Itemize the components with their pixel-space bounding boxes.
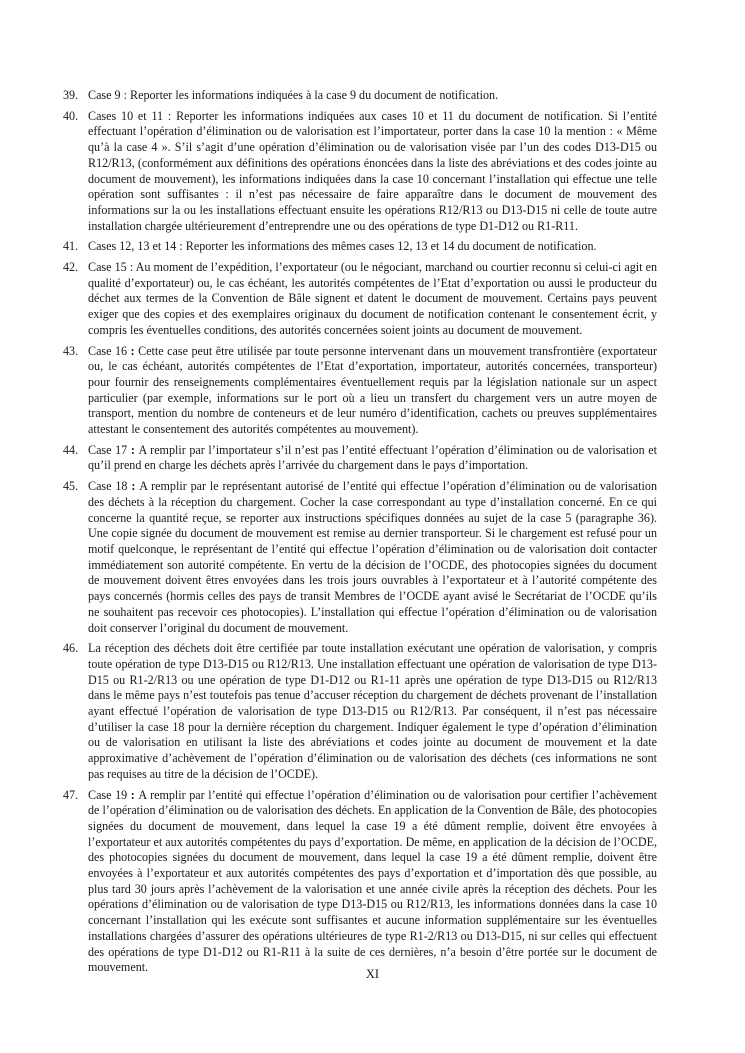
paragraph-text: Reporter les informations des mêmes case… bbox=[186, 239, 597, 253]
instructions-list: 39.Case 9 : Reporter les informations in… bbox=[63, 88, 657, 981]
case-label: Case 18 bbox=[88, 479, 127, 493]
paragraph-40: 40.Cases 10 et 11 : Reporter les informa… bbox=[63, 109, 657, 235]
paragraph-45: 45.Case 18 : A remplir par le représenta… bbox=[63, 479, 657, 636]
paragraph-number: 40. bbox=[63, 109, 78, 125]
case-label: Case 16 bbox=[88, 344, 127, 358]
paragraph-44: 44.Case 17 : A remplir par l’importateur… bbox=[63, 443, 657, 474]
paragraph-text: Reporter les informations indiquées à la… bbox=[130, 88, 498, 102]
case-label: Cases 12, 13 et 14 bbox=[88, 239, 176, 253]
case-label: Cases 10 et 11 bbox=[88, 109, 163, 123]
case-separator: : bbox=[127, 443, 138, 457]
paragraph-47: 47.Case 19 : A remplir par l’entité qui … bbox=[63, 788, 657, 976]
paragraph-46: 46.La réception des déchets doit être ce… bbox=[63, 641, 657, 782]
case-separator: : bbox=[127, 479, 139, 493]
paragraph-number: 41. bbox=[63, 239, 78, 255]
paragraph-number: 43. bbox=[63, 344, 78, 360]
paragraph-text: A remplir par l’importateur s’il n’est p… bbox=[88, 443, 657, 473]
paragraph-number: 46. bbox=[63, 641, 78, 657]
paragraph-text: Cette case peut être utilisée par toute … bbox=[88, 344, 657, 437]
case-separator: : bbox=[127, 344, 138, 358]
paragraph-text: A remplir par l’entité qui effectue l’op… bbox=[88, 788, 657, 975]
paragraph-43: 43.Case 16 : Cette case peut être utilis… bbox=[63, 344, 657, 438]
case-separator: : bbox=[176, 239, 185, 253]
paragraph-number: 39. bbox=[63, 88, 78, 104]
case-label: Case 9 bbox=[88, 88, 121, 102]
case-separator: : bbox=[127, 260, 136, 274]
paragraph-text: Reporter les informations indiquées aux … bbox=[88, 109, 657, 233]
page-number: XI bbox=[0, 967, 745, 982]
document-page: 39.Case 9 : Reporter les informations in… bbox=[0, 0, 745, 1053]
paragraph-39: 39.Case 9 : Reporter les informations in… bbox=[63, 88, 657, 104]
paragraph-text: A remplir par le représentant autorisé d… bbox=[88, 479, 657, 634]
case-label: Case 19 bbox=[88, 788, 127, 802]
case-label: Case 17 bbox=[88, 443, 127, 457]
case-separator: : bbox=[121, 88, 130, 102]
paragraph-text: Au moment de l’expédition, l’exportateur… bbox=[88, 260, 657, 337]
paragraph-number: 44. bbox=[63, 443, 78, 459]
paragraph-number: 47. bbox=[63, 788, 78, 804]
paragraph-42: 42.Case 15 : Au moment de l’expédition, … bbox=[63, 260, 657, 339]
paragraph-number: 42. bbox=[63, 260, 78, 276]
paragraph-41: 41.Cases 12, 13 et 14 : Reporter les inf… bbox=[63, 239, 657, 255]
case-separator: : bbox=[163, 109, 176, 123]
case-separator: : bbox=[127, 788, 138, 802]
case-label: Case 15 bbox=[88, 260, 127, 274]
paragraph-number: 45. bbox=[63, 479, 78, 495]
paragraph-text: La réception des déchets doit être certi… bbox=[88, 641, 657, 781]
